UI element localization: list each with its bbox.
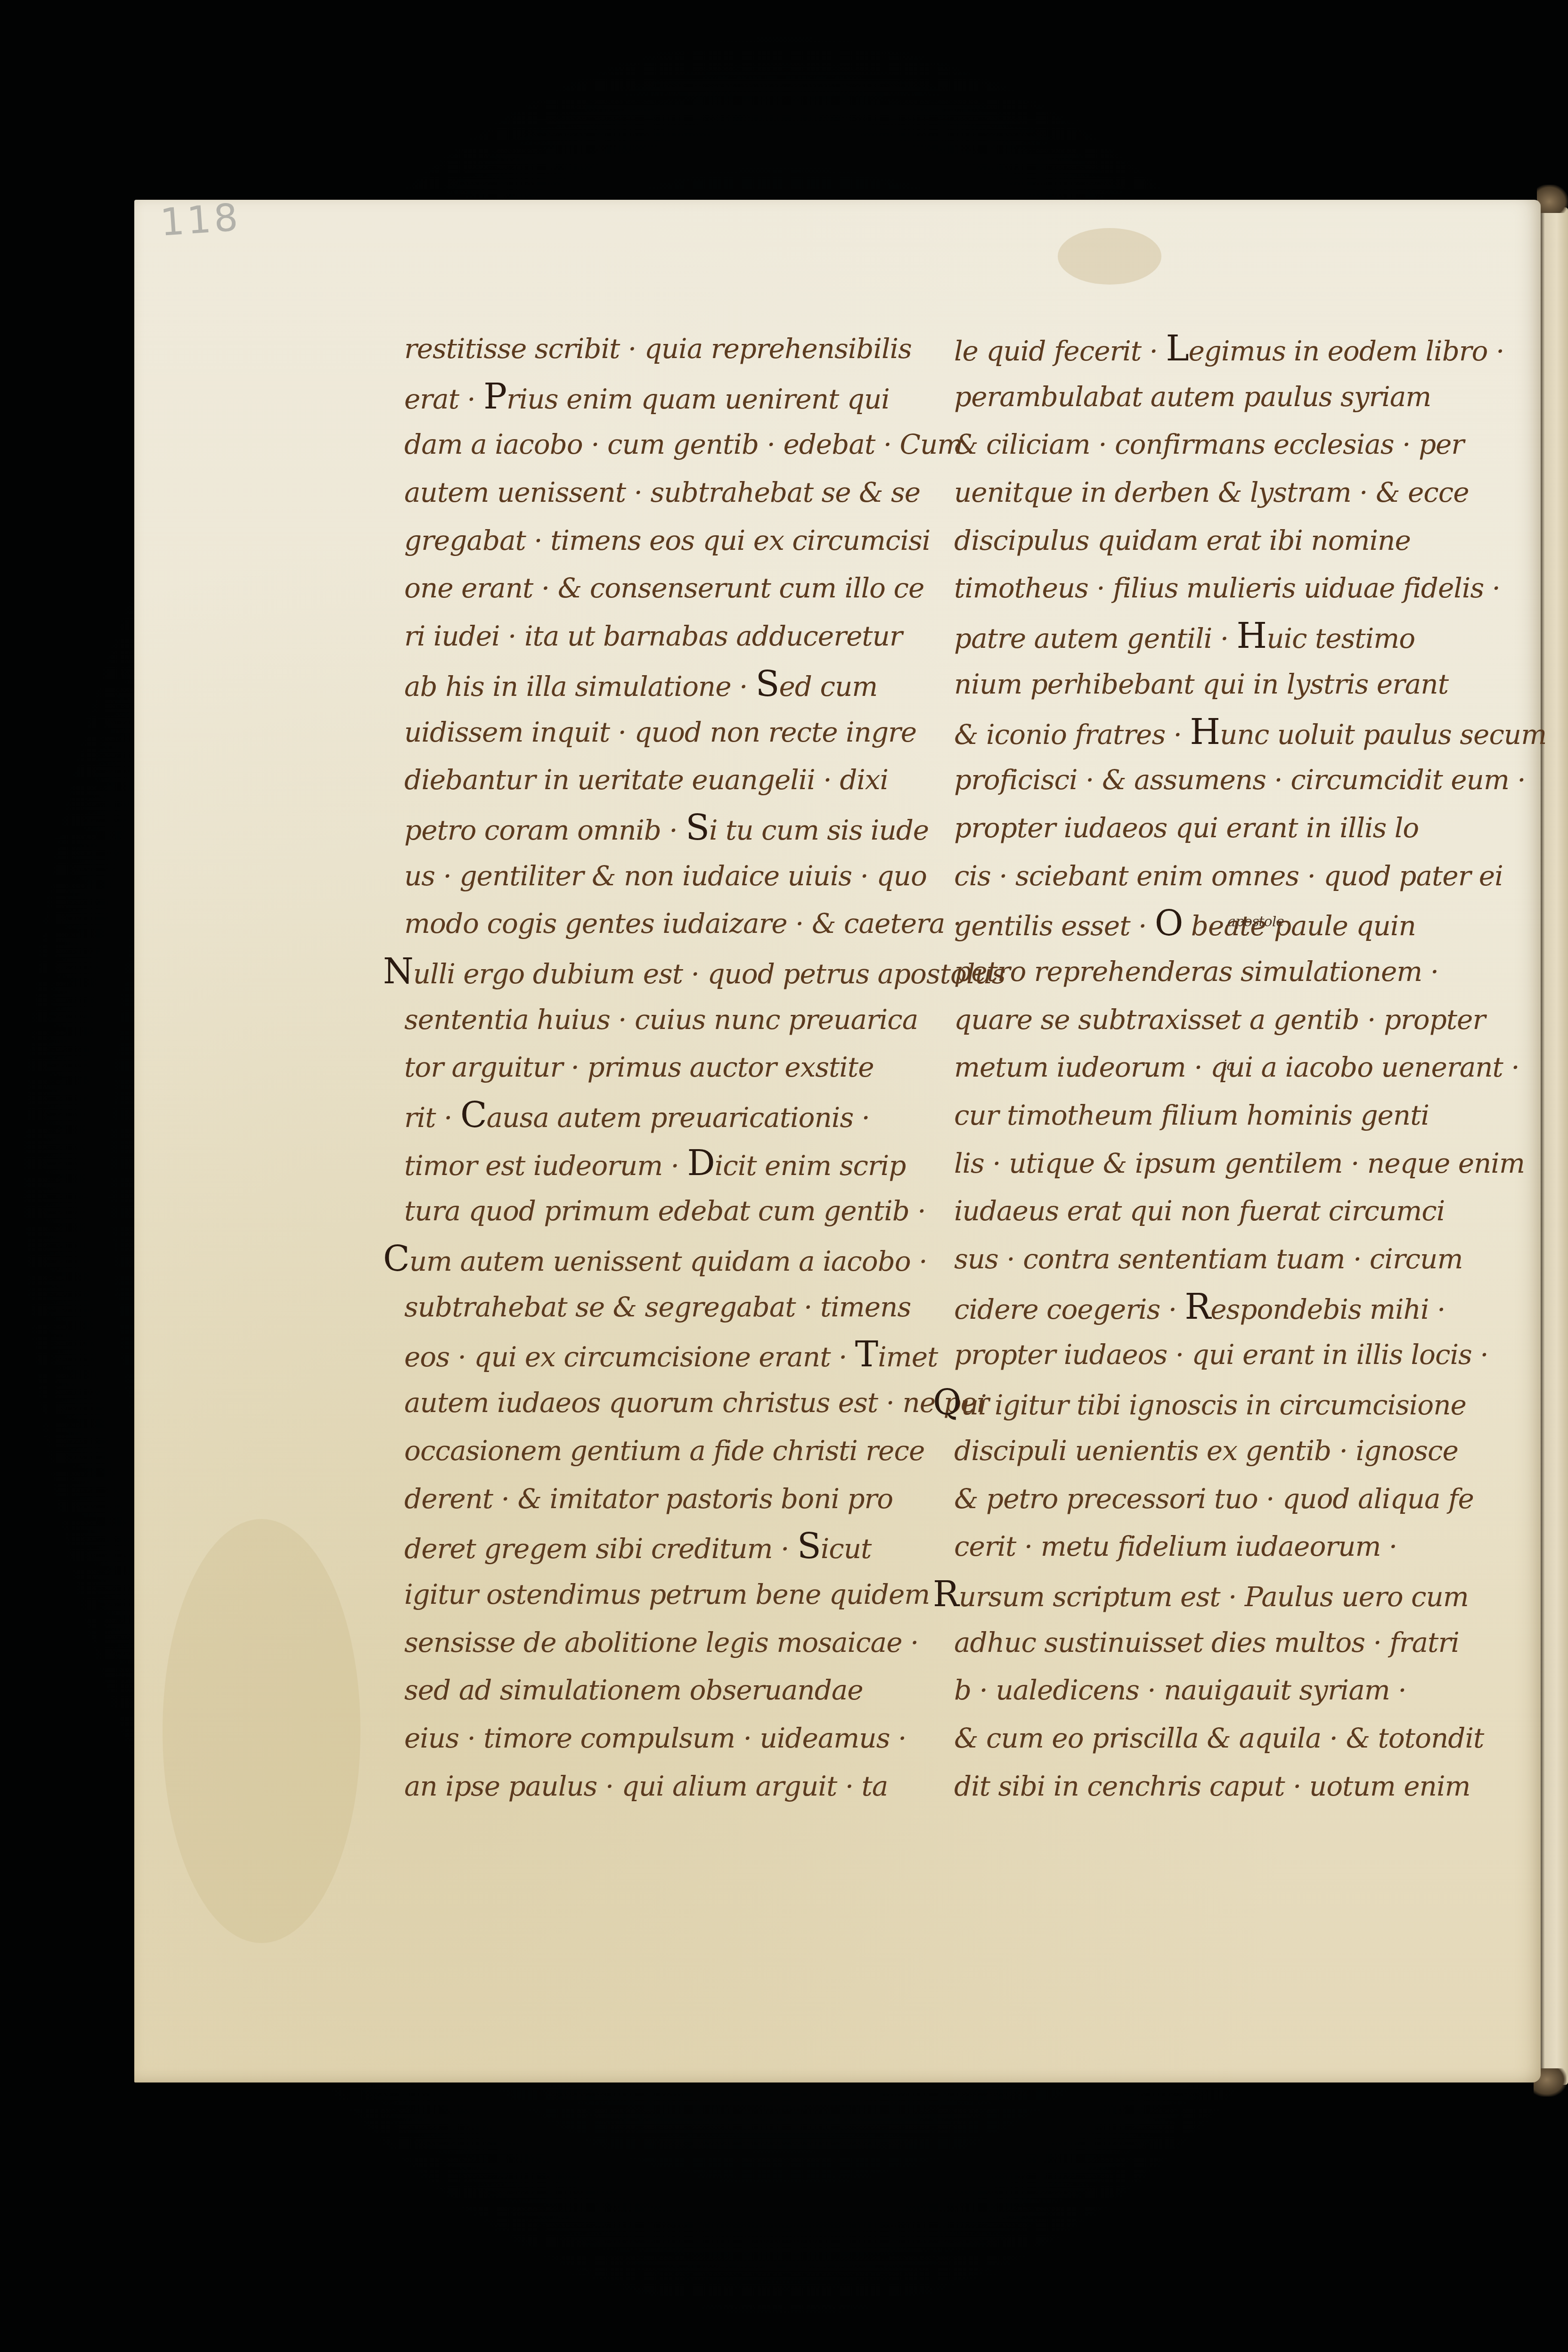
manuscript-line: cis · sciebant enim omnes · quod pater e… <box>954 852 1510 900</box>
manuscript-line: dit sibi in cenchris caput · uotum enim <box>954 1763 1510 1811</box>
initial-letter: H <box>1237 616 1267 656</box>
manuscript-line: uidissem inquit · quod non recte ingre <box>404 709 960 757</box>
manuscript-line: Cum autem uenissent quidam a iacobo · <box>383 1235 960 1283</box>
manuscript-line: metum iudeorum · qui a iacobo uenerant ·… <box>954 1044 1510 1092</box>
manuscript-line: eius · timore compulsum · uideamus · <box>404 1715 960 1763</box>
initial-letter: H <box>1190 712 1220 752</box>
manuscript-line: propter iudaeos qui erant in illis lo <box>954 804 1510 852</box>
initial-letter: R <box>933 1574 959 1615</box>
initial-letter: P <box>483 376 506 417</box>
interlinear-gloss: apostole <box>1227 898 1284 946</box>
manuscript-line: sus · contra sententiam tuam · circum <box>954 1235 1510 1283</box>
manuscript-line: & iconio fratres · Hunc uoluit paulus se… <box>954 709 1510 757</box>
manuscript-line: nium perhibebant qui in lystris erant <box>954 661 1510 709</box>
text-column-right: le quid fecerit · Legimus in eodem libro… <box>954 325 1510 1810</box>
initial-letter: T <box>855 1334 878 1375</box>
initial-letter: S <box>797 1526 821 1567</box>
initial-letter: O <box>1155 903 1183 944</box>
manuscript-line: occasionem gentium a fide christi rece <box>404 1427 960 1475</box>
manuscript-line: gregabat · timens eos qui ex circumcisi <box>404 517 960 565</box>
initial-letter: Q <box>933 1382 961 1423</box>
initial-letter: N <box>383 951 413 992</box>
manuscript-line: us · gentiliter & non iudaice uiuis · qu… <box>404 852 960 900</box>
manuscript-line: diebantur in ueritate euangelii · dixi <box>404 756 960 804</box>
manuscript-line: cerit · metu fidelium iudaeorum · <box>954 1523 1510 1571</box>
manuscript-line: Rursum scriptum est · Paulus uero cum <box>933 1571 1510 1619</box>
manuscript-line: sed ad simulationem obseruandae <box>404 1666 960 1715</box>
manuscript-line: Nulli ergo dubium est · quod petrus apos… <box>383 948 960 996</box>
manuscript-line: restitisse scribit · quia reprehensibili… <box>404 325 960 373</box>
manuscript-line: quare se subtraxisset a gentib · propter <box>954 996 1510 1044</box>
initial-letter: S <box>686 808 709 848</box>
manuscript-line: gentilis esset · O beate paule quinapost… <box>954 900 1510 948</box>
initial-letter: R <box>1185 1287 1211 1327</box>
manuscript-line: petro coram omnib · Si tu cum sis iude <box>404 804 960 852</box>
manuscript-line: sensisse de abolitione legis mosaicae · <box>404 1619 960 1667</box>
manuscript-line: dam a iacobo · cum gentib · edebat · Cum <box>404 421 960 469</box>
manuscript-line: & cum eo priscilla & aquila · & totondit <box>954 1715 1510 1763</box>
manuscript-line: tor arguitur · primus auctor exstite <box>404 1044 960 1092</box>
text-column-left: restitisse scribit · quia reprehensibili… <box>404 325 960 1810</box>
parchment-stain <box>163 1519 360 1943</box>
interlinear-gloss: ia <box>1223 1042 1234 1090</box>
manuscript-line: autem iudaeos quorum christus est · ne p… <box>404 1379 960 1427</box>
manuscript-line: propter iudaeos · qui erant in illis loc… <box>954 1331 1510 1379</box>
folio-number: 118 <box>159 195 242 245</box>
initial-letter: D <box>687 1143 714 1184</box>
manuscript-line: Qui igitur tibi ignoscis in circumcision… <box>933 1379 1510 1427</box>
manuscript-line: ab his in illa simulatione · Sed cum <box>404 661 960 709</box>
manuscript-line: lis · utique & ipsum gentilem · neque en… <box>954 1140 1510 1188</box>
manuscript-line: b · ualedicens · nauigauit syriam · <box>954 1666 1510 1715</box>
manuscript-line: eos · qui ex circumcisione erant · Timet <box>404 1331 960 1379</box>
manuscript-line: sententia huius · cuius nunc preuarica <box>404 996 960 1044</box>
initial-letter: S <box>756 664 779 704</box>
manuscript-line: discipulus quidam erat ibi nomine <box>954 517 1510 565</box>
manuscript-line: timor est iudeorum · Dicit enim scrip <box>404 1140 960 1188</box>
manuscript-line: discipuli uenientis ex gentib · ignosce <box>954 1427 1510 1475</box>
manuscript-line: modo cogis gentes iudaizare · & caetera … <box>404 900 960 948</box>
manuscript-line: perambulabat autem paulus syriam <box>954 373 1510 421</box>
manuscript-line: tura quod primum edebat cum gentib · <box>404 1187 960 1235</box>
manuscript-line: an ipse paulus · qui alium arguit · ta <box>404 1763 960 1811</box>
manuscript-line: proficisci · & assumens · circumcidit eu… <box>954 756 1510 804</box>
manuscript-line: patre autem gentili · Huic testimo <box>954 612 1510 661</box>
manuscript-line: iudaeus erat qui non fuerat circumci <box>954 1187 1510 1235</box>
initial-letter: L <box>1166 328 1188 369</box>
adjacent-page-edge <box>1540 207 1568 2085</box>
manuscript-line: & petro precessori tuo · quod aliqua fe <box>954 1475 1510 1523</box>
manuscript-line: ri iudei · ita ut barnabas adduceretur <box>404 612 960 661</box>
manuscript-line: uenitque in derben & lystram · & ecce <box>954 469 1510 517</box>
manuscript-line: subtrahebat se & segregabat · timens <box>404 1283 960 1331</box>
parchment-stain <box>1058 228 1161 285</box>
manuscript-line: cidere coegeris · Respondebis mihi · <box>954 1283 1510 1331</box>
manuscript-line: igitur ostendimus petrum bene quidem <box>404 1571 960 1619</box>
initial-letter: C <box>383 1239 409 1279</box>
manuscript-line: timotheus · filius mulieris uiduae fidel… <box>954 564 1510 612</box>
manuscript-line: derent · & imitator pastoris boni pro <box>404 1475 960 1523</box>
manuscript-line: petro reprehenderas simulationem · <box>954 948 1510 996</box>
manuscript-line: adhuc sustinuisset dies multos · fratri <box>954 1619 1510 1667</box>
manuscript-line: le quid fecerit · Legimus in eodem libro… <box>954 325 1510 373</box>
manuscript-line: one erant · & consenserunt cum illo ce <box>404 564 960 612</box>
manuscript-line: & ciliciam · confirmans ecclesias · per <box>954 421 1510 469</box>
manuscript-line: cur timotheum filium hominis genti <box>954 1092 1510 1140</box>
manuscript-line: deret gregem sibi creditum · Sicut <box>404 1523 960 1571</box>
manuscript-line: autem uenissent · subtrahebat se & se <box>404 469 960 517</box>
manuscript-line: erat · Prius enim quam uenirent qui <box>404 373 960 421</box>
binding-thread-top <box>1537 185 1568 213</box>
initial-letter: C <box>460 1095 487 1135</box>
manuscript-line: rit · Causa autem preuaricationis · <box>404 1092 960 1140</box>
